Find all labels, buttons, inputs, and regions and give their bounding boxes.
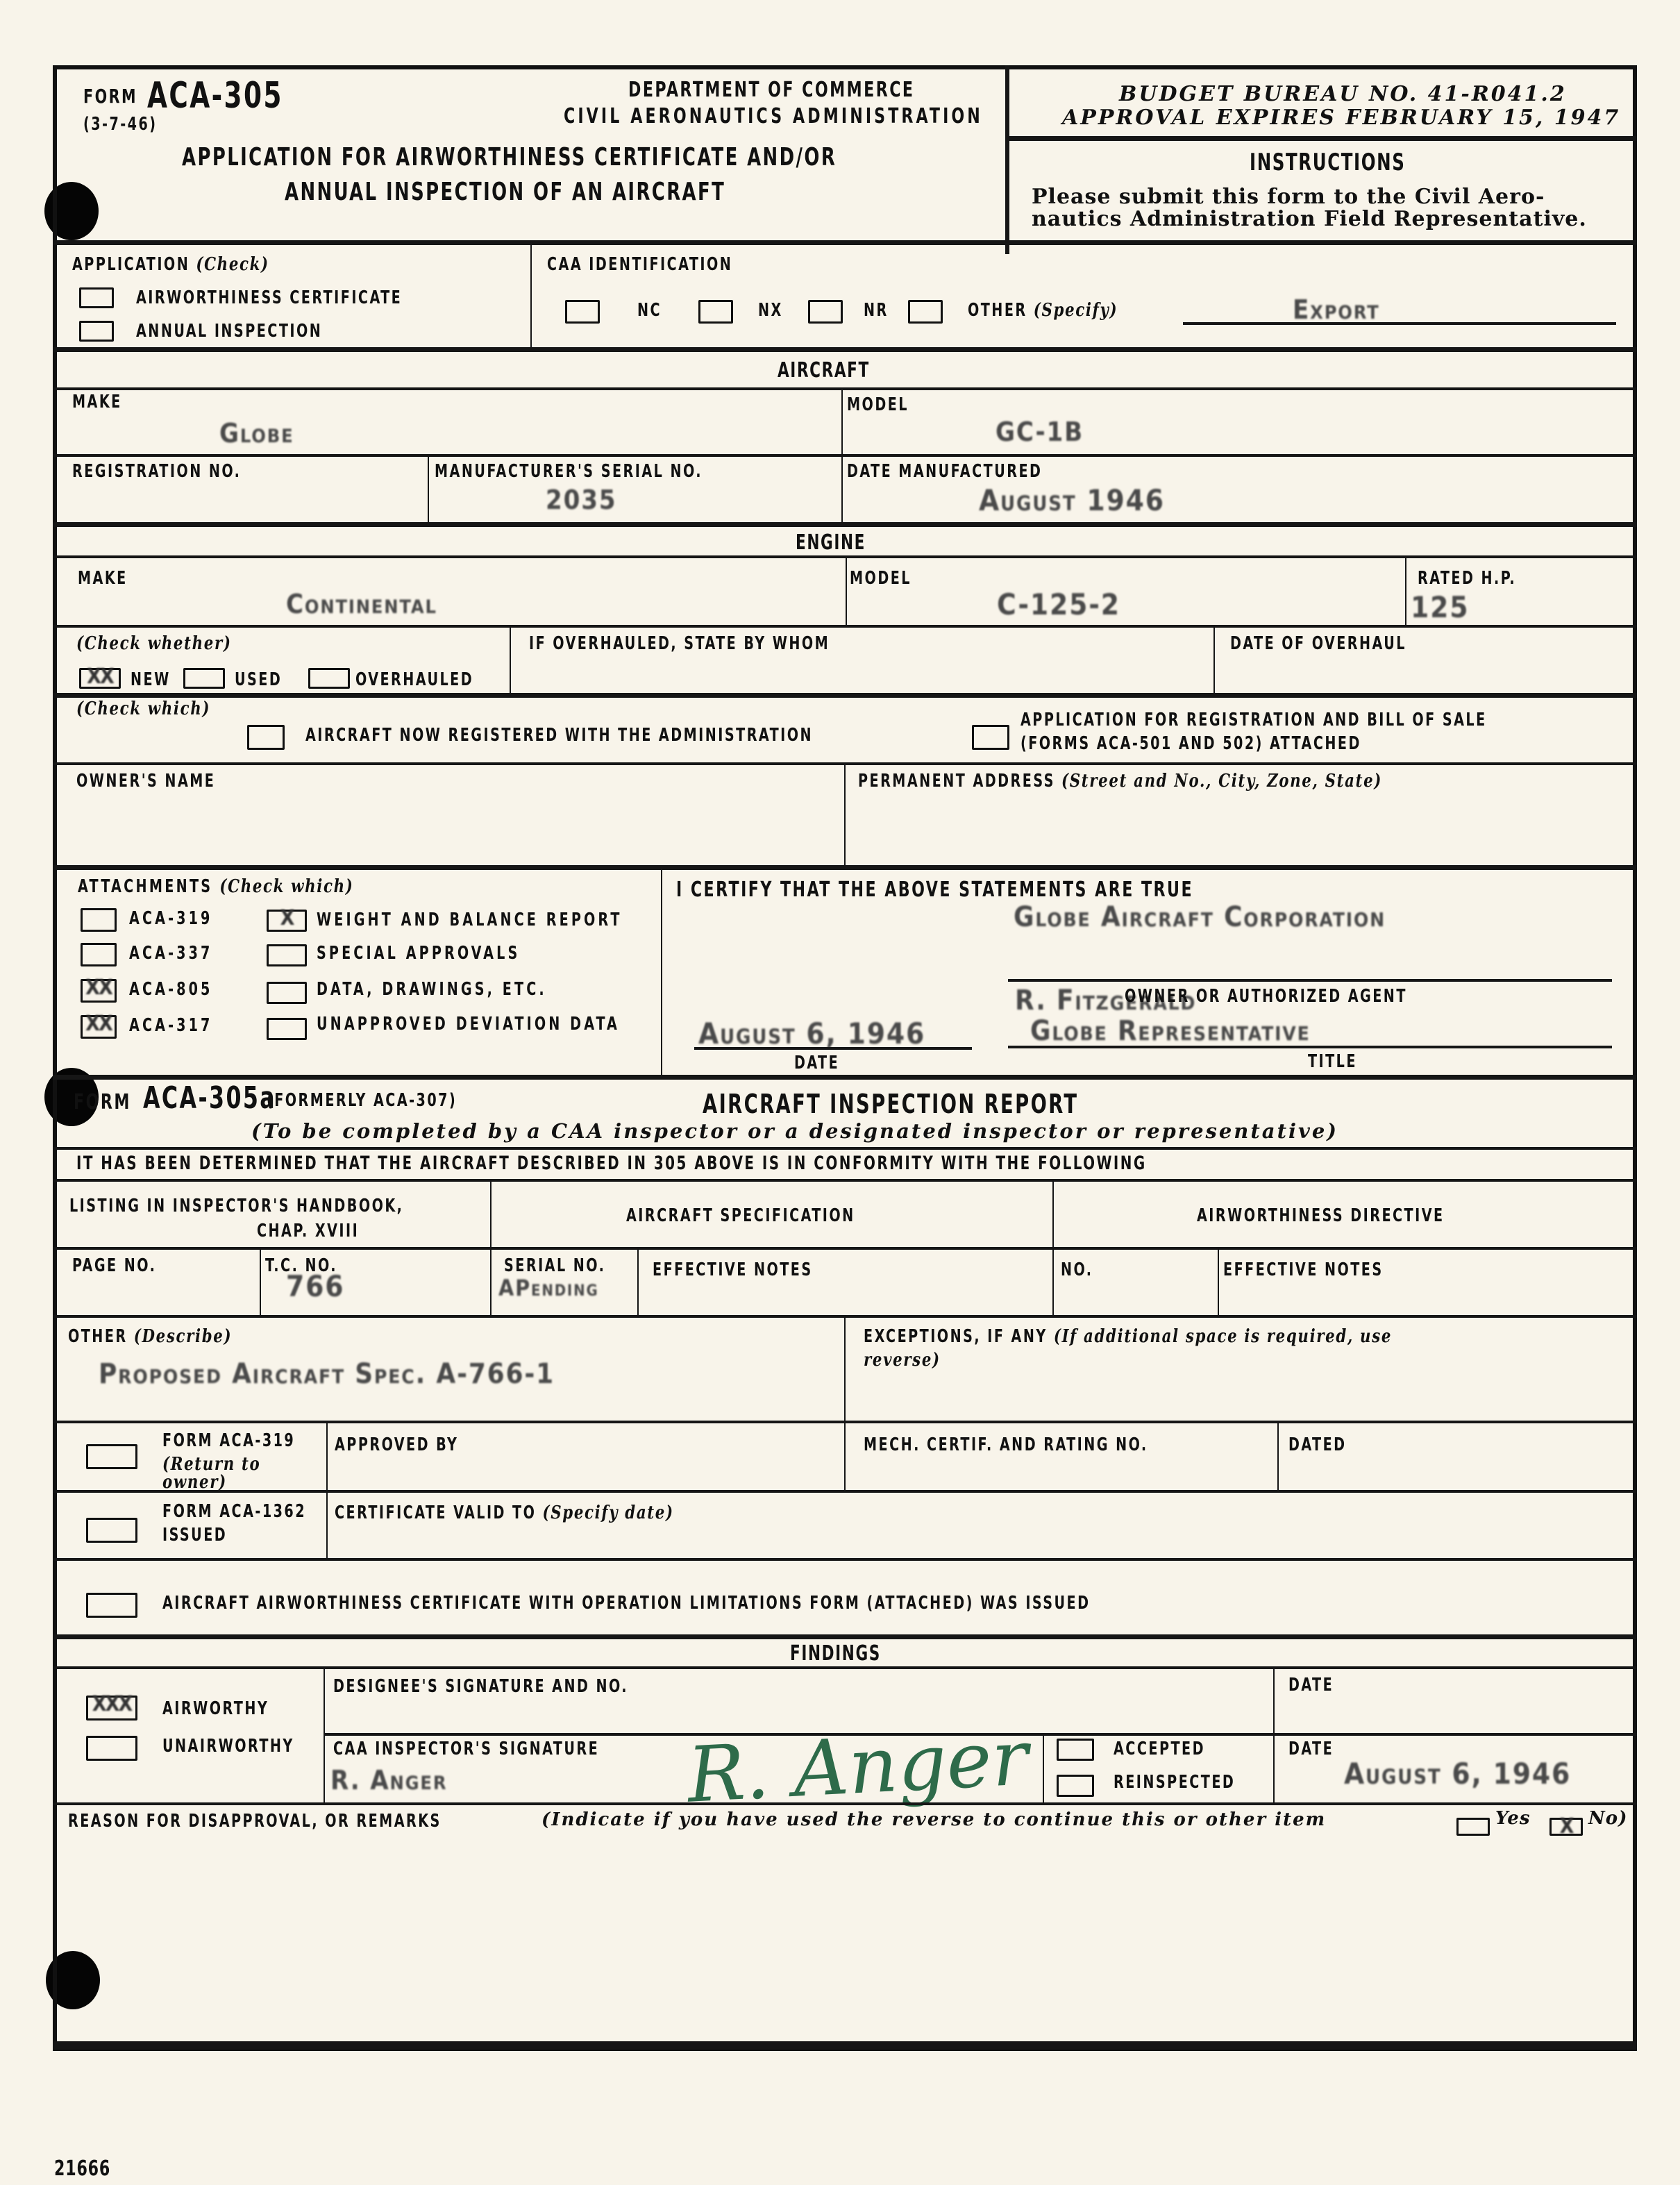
accepted-checkbox[interactable] [1057, 1739, 1094, 1761]
application-annual-checkbox[interactable] [79, 321, 114, 342]
dated-label: DATED [1288, 1434, 1347, 1455]
caa-other-checkbox[interactable] [908, 300, 943, 324]
report-formerly: (FORMERLY ACA-307) [267, 1090, 457, 1111]
attachment-aca-317-checkbox[interactable] [81, 1015, 117, 1039]
caa-nr-checkbox[interactable] [808, 300, 843, 324]
tc-no-value[interactable]: 766 [286, 1269, 344, 1303]
divider [637, 1247, 639, 1315]
operation-limitations-label: AIRCRAFT AIRWORTHINESS CERTIFICATE WITH … [162, 1593, 1090, 1614]
divider [53, 1179, 1637, 1182]
inspection-report-subtitle: (To be completed by a CAA inspector or a… [251, 1119, 1338, 1143]
listing-label-line1: LISTING IN INSPECTOR'S HANDBOOK, [69, 1196, 403, 1216]
remarks-reverse-yes-checkbox[interactable] [1456, 1818, 1490, 1836]
overhaul-date-label: DATE OF OVERHAUL [1230, 633, 1406, 654]
page-no-label: PAGE NO. [72, 1255, 156, 1276]
aircraft-section-title: AIRCRAFT [778, 358, 870, 383]
other-value[interactable]: Proposed Aircraft Spec. A-766-1 [99, 1358, 555, 1390]
ad-effective-notes-label: EFFECTIVE NOTES [1223, 1259, 1384, 1280]
divider [53, 347, 1637, 352]
certify-title-label: TITLE [1308, 1051, 1357, 1072]
check-which-label: (Check which) [76, 698, 210, 719]
form-aca-1362-label-line1: FORM ACA-1362 [162, 1501, 306, 1522]
engine-make-value[interactable]: Continental [286, 589, 437, 619]
report-form-prefix: FORM [74, 1090, 131, 1114]
engine-section-title: ENGINE [796, 530, 866, 555]
inspector-name-value[interactable]: R. Anger [330, 1765, 447, 1795]
listing-label-line2: CHAP. XVIII [257, 1221, 359, 1241]
divider [844, 762, 846, 865]
approval-expires: APPROVAL EXPIRES FEBRUARY 15, 1947 [1062, 106, 1620, 130]
form-aca-319-checkbox[interactable] [86, 1444, 137, 1469]
divider [530, 244, 532, 349]
engine-overhauled-checkbox[interactable] [308, 668, 350, 689]
remarks-field[interactable] [67, 1840, 1622, 2041]
registered-label: AIRCRAFT NOW REGISTERED WITH THE ADMINIS… [305, 725, 813, 746]
divider [53, 1558, 1637, 1561]
effective-notes-label: EFFECTIVE NOTES [653, 1259, 813, 1280]
divider [260, 1247, 261, 1315]
budget-number: BUDGET BUREAU NO. 41-R041.2 [1119, 82, 1567, 106]
inspector-date-value[interactable]: August 6, 1946 [1344, 1757, 1571, 1791]
application-airworthiness-checkbox[interactable] [79, 287, 114, 308]
document-number: 21666 [54, 2157, 110, 2181]
caa-nc-label: NC [637, 300, 662, 321]
exceptions-hint-line2: reverse) [864, 1350, 941, 1371]
remarks-yes-label: Yes [1495, 1808, 1530, 1829]
spec-serial-no-label: SERIAL NO. [504, 1255, 605, 1276]
instructions-title: INSTRUCTIONS [1250, 149, 1405, 176]
divider [428, 454, 429, 524]
attachment-aca-805-label: ACA-805 [129, 979, 212, 1000]
date-manufactured-value[interactable]: August 1946 [979, 483, 1165, 517]
engine-new-checkbox[interactable] [79, 668, 121, 689]
application-label: APPLICATION (Check) [72, 254, 269, 275]
divider [1218, 1247, 1219, 1315]
overhauled-by-label: IF OVERHAULED, STATE BY WHOM [529, 633, 830, 654]
remarks-label: REASON FOR DISAPPROVAL, OR REMARKS [68, 1811, 442, 1832]
attachment-deviation-data-checkbox[interactable] [267, 1018, 307, 1040]
attachment-aca-319-checkbox[interactable] [81, 908, 117, 932]
application-airworthiness-label: AIRWORTHINESS CERTIFICATE [136, 287, 402, 308]
divider [510, 625, 511, 694]
divider [53, 1075, 1637, 1080]
divider [1005, 65, 1009, 254]
engine-make-label: MAKE [78, 568, 128, 589]
divider [53, 1247, 1637, 1250]
date-line [694, 1047, 972, 1050]
engine-new-label: NEW [131, 669, 171, 690]
caa-nc-checkbox[interactable] [565, 300, 600, 324]
registered-checkbox[interactable] [247, 725, 285, 750]
agency: CIVIL AERONAUTICS ADMINISTRATION [564, 104, 983, 128]
engine-overhauled-label: OVERHAULED [355, 669, 473, 690]
remarks-reverse-no-checkbox[interactable] [1549, 1818, 1583, 1836]
instructions-text-line2: nautics Administration Field Representat… [1032, 207, 1587, 231]
reinspected-checkbox[interactable] [1057, 1775, 1094, 1797]
spec-serial-no-value[interactable]: APending [498, 1275, 599, 1301]
caa-nx-label: NX [758, 300, 783, 321]
caa-other-underline [1183, 322, 1616, 325]
aircraft-make-value[interactable]: Globe [219, 418, 294, 449]
rated-hp-value[interactable]: 125 [1411, 590, 1469, 624]
attachments-label: ATTACHMENTS (Check which) [78, 876, 354, 897]
aircraft-model-value[interactable]: GC-1B [996, 417, 1084, 447]
attachment-weight-balance-checkbox[interactable] [267, 910, 307, 932]
aircraft-make-label: MAKE [72, 392, 122, 412]
aircraft-spec-label: AIRCRAFT SPECIFICATION [626, 1205, 855, 1226]
approved-by-label: APPROVED BY [335, 1434, 458, 1455]
attachment-aca-317-label: ACA-317 [129, 1015, 212, 1036]
owner-name-field[interactable] [76, 798, 833, 854]
manufacturer-serial-label: MANUFACTURER'S SERIAL NO. [435, 461, 703, 482]
caa-nr-label: NR [864, 300, 889, 321]
divider [53, 693, 1637, 698]
title-line [1008, 1046, 1612, 1048]
divider [1405, 555, 1406, 625]
attachment-aca-337-checkbox[interactable] [81, 943, 117, 966]
attachment-special-approvals-checkbox[interactable] [267, 944, 307, 966]
reinspected-label: REINSPECTED [1114, 1772, 1235, 1793]
form-title-line1: APPLICATION FOR AIRWORTHINESS CERTIFICAT… [182, 143, 837, 171]
caa-identification-label: CAA IDENTIFICATION [547, 254, 732, 275]
report-form-number: ACA-305a [143, 1080, 276, 1116]
bill-of-sale-label-line1: APPLICATION FOR REGISTRATION AND BILL OF… [1020, 710, 1487, 730]
caa-nx-checkbox[interactable] [698, 300, 733, 324]
unairworthy-checkbox[interactable] [86, 1736, 137, 1761]
signature-line [1008, 979, 1612, 982]
manufacturer-serial-value[interactable]: 2035 [546, 485, 616, 515]
divider [53, 387, 1637, 390]
divider [53, 555, 1637, 558]
form-number: ACA-305 [147, 75, 283, 117]
instructions-text-line1: Please submit this form to the Civil Aer… [1032, 185, 1545, 209]
divider [53, 1147, 1637, 1150]
form-aca-1362-label-line2: ISSUED [162, 1525, 227, 1546]
exceptions-label: EXCEPTIONS, IF ANY (If additional space … [864, 1326, 1392, 1347]
divider [53, 454, 1637, 457]
form-date: (3-7-46) [83, 114, 158, 135]
attachment-aca-319-label: ACA-319 [129, 908, 212, 929]
divider [53, 865, 1637, 870]
rated-hp-label: RATED H.P. [1418, 568, 1516, 589]
attachment-data-drawings-checkbox[interactable] [267, 982, 307, 1004]
certify-date-value[interactable]: August 6, 1946 [698, 1016, 925, 1050]
unairworthy-label: UNAIRWORTHY [162, 1736, 294, 1757]
inspection-report-title: AIRCRAFT INSPECTION REPORT [703, 1089, 1078, 1119]
date-manufactured-label: DATE MANUFACTURED [847, 461, 1042, 482]
divider [53, 522, 1637, 527]
divider [53, 1634, 1637, 1639]
attachment-weight-balance-label: WEIGHT AND BALANCE REPORT [317, 910, 623, 930]
inspector-date-label: DATE [1288, 1739, 1334, 1759]
engine-model-value[interactable]: C-125-2 [997, 587, 1120, 621]
divider [1213, 625, 1215, 694]
certify-date-label: DATE [794, 1053, 839, 1073]
divider [53, 2041, 1637, 2050]
designee-date-label: DATE [1288, 1675, 1334, 1696]
owner-name-label: OWNER'S NAME [76, 771, 215, 792]
form-aca-1362-checkbox[interactable] [86, 1518, 137, 1543]
divider [53, 1802, 1637, 1805]
permanent-address-label: PERMANENT ADDRESS (Street and No., City,… [858, 771, 1382, 792]
divider [53, 1490, 1637, 1493]
aircraft-model-label: MODEL [847, 394, 909, 415]
engine-used-label: USED [235, 669, 282, 690]
attachment-special-approvals-label: SPECIAL APPROVALS [317, 943, 520, 964]
accepted-label: ACCEPTED [1114, 1739, 1205, 1759]
divider [53, 1666, 1637, 1669]
other-label: OTHER (Describe) [68, 1326, 232, 1347]
bill-of-sale-label-line2: (FORMS ACA-501 AND 502) ATTACHED [1020, 733, 1361, 754]
airworthy-checkbox[interactable] [86, 1696, 137, 1721]
form-title-line2: ANNUAL INSPECTION OF AN AIRCRAFT [285, 178, 725, 206]
certify-title-value[interactable]: Globe Representative [1030, 1015, 1311, 1047]
application-annual-label: ANNUAL INSPECTION [136, 321, 322, 342]
attachment-deviation-data-label: UNAPPROVED DEVIATION DATA [317, 1014, 620, 1035]
findings-section-title: FINDINGS [790, 1641, 881, 1666]
caa-other-value[interactable]: Export [1293, 294, 1380, 325]
ad-label: AIRWORTHINESS DIRECTIVE [1197, 1205, 1445, 1226]
remarks-hint: (Indicate if you have used the reverse t… [541, 1809, 1326, 1830]
inspector-signature-label: CAA INSPECTOR'S SIGNATURE [333, 1739, 599, 1759]
divider [1005, 136, 1637, 141]
engine-model-label: MODEL [850, 568, 912, 589]
divider [844, 1421, 846, 1490]
divider [661, 869, 662, 1076]
certify-statement: I CERTIFY THAT THE ABOVE STATEMENTS ARE … [676, 878, 1193, 902]
divider [846, 555, 847, 625]
divider [844, 1315, 846, 1423]
certificate-valid-label: CERTIFICATE VALID TO (Specify date) [335, 1502, 674, 1523]
attachment-data-drawings-label: DATA, DRAWINGS, ETC. [317, 979, 547, 1000]
certify-company[interactable]: Globe Aircraft Corporation [1014, 901, 1386, 933]
divider [53, 625, 1637, 628]
bill-of-sale-checkbox[interactable] [972, 725, 1009, 750]
engine-used-checkbox[interactable] [183, 668, 225, 689]
divider [1043, 1733, 1044, 1802]
form-prefix: FORM [83, 85, 137, 108]
remarks-no-label: No) [1588, 1808, 1627, 1829]
divider [1277, 1421, 1279, 1490]
permanent-address-field[interactable] [858, 798, 1622, 854]
form-aca-319-label-line1: FORM ACA-319 [162, 1430, 295, 1451]
designee-signature-label: DESIGNEE'S SIGNATURE AND NO. [333, 1676, 628, 1697]
airworthy-label: AIRWORTHY [162, 1698, 269, 1719]
attachment-aca-337-label: ACA-337 [129, 943, 212, 964]
department: DEPARTMENT OF COMMERCE [628, 78, 914, 102]
mech-certif-label: MECH. CERTIF. AND RATING NO. [864, 1434, 1148, 1455]
owner-agent-label: OWNER OR AUTHORIZED AGENT [1125, 986, 1407, 1007]
caa-other-label: OTHER (Specify) [968, 300, 1118, 321]
attachment-aca-805-checkbox[interactable] [81, 979, 117, 1003]
check-whether-label: (Check whether) [76, 633, 232, 654]
operation-limitations-checkbox[interactable] [86, 1593, 137, 1618]
registration-no-label: REGISTRATION NO. [72, 461, 241, 482]
conformity-statement: IT HAS BEEN DETERMINED THAT THE AIRCRAFT… [76, 1153, 1147, 1174]
divider [53, 240, 1637, 245]
ad-no-label: NO. [1061, 1259, 1093, 1280]
